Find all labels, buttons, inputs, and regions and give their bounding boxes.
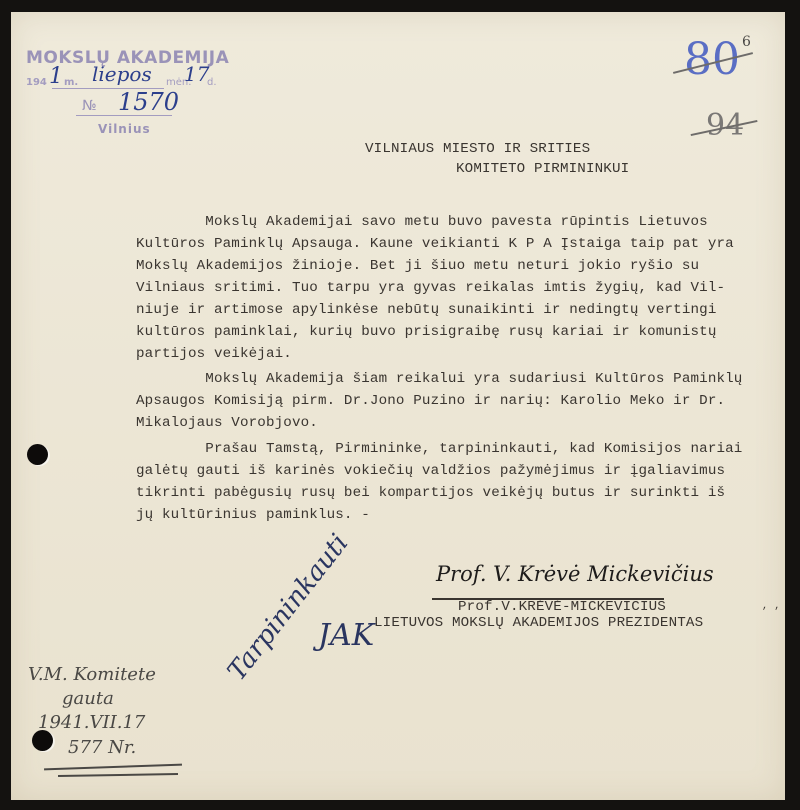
body-line: niuje ir artimose apylinkėse nebūtų suna…	[136, 302, 716, 318]
body-line: jų kultūrinius paminklus. -	[136, 507, 370, 523]
receipt-note-line-4: 577 Nr.	[68, 737, 136, 758]
body-line: Kultūros Paminklų Apsauga. Kaune veikian…	[136, 236, 734, 252]
addressee-line-1: VILNIAUS MIESTO IR SRITIES	[365, 141, 590, 157]
body-line: Mokslų Akademijai savo metu buvo pavesta…	[136, 214, 708, 230]
receipt-note-line-1: V.M. Komitete	[28, 664, 156, 685]
marginal-initials: JAK	[318, 618, 374, 653]
stamp-m-label: m.	[64, 77, 78, 88]
stamp-month-handwritten: liepos	[92, 62, 152, 86]
archive-mark-pencil: 94	[706, 108, 744, 143]
addressee-line-2: KOMITETO PIRMININKUI	[456, 161, 629, 177]
stamp-d-label: d.	[207, 77, 217, 88]
punch-hole-upper	[27, 444, 48, 465]
archive-mark-blue: 80	[684, 34, 740, 85]
punch-hole-lower	[32, 730, 53, 751]
signature-handwritten: Prof. V. Krėvė Mickevičius	[436, 562, 714, 586]
stamp-number-label: №	[82, 98, 97, 114]
body-line: partijos veikėjai.	[136, 346, 292, 362]
stamp-city: Vilnius	[98, 122, 151, 136]
stamp-day-handwritten: 17	[184, 62, 209, 86]
stamp-number-handwritten: 1570	[118, 88, 179, 116]
body-line: Mikalojaus Vorobjovo.	[136, 415, 318, 431]
stamp-year-prefix: 194	[26, 77, 47, 88]
body-line: Mokslų Akademijos žinioje. Bet ji šiuo m…	[136, 258, 699, 274]
body-line: galėtų gauti iš karinės vokiečių valdžio…	[136, 463, 725, 479]
body-line: Apsaugos Komisiją pirm. Dr.Jono Puzino i…	[136, 393, 725, 409]
body-line: kultūros paminklai, kurių buvo prisigrai…	[136, 324, 716, 340]
body-line: Mokslų Akademija šiam reikalui yra sudar…	[136, 371, 742, 387]
body-line: tikrinti pabėgusių rusų bei kompartijos …	[136, 485, 725, 501]
stamp-year-handwritten: 1	[49, 64, 63, 89]
signature-typed-name: Prof.V.KRĖVĖ-MICKEVIČIUS	[458, 599, 666, 615]
body-line: Prašau Tamstą, Pirmininke, tarpininkauti…	[136, 441, 742, 457]
receipt-note-line-2: gauta	[62, 688, 114, 709]
body-line: Vilniaus sritimi. Tuo tarpu yra gyvas re…	[136, 280, 725, 296]
stray-marks: , ,	[762, 601, 780, 612]
archive-mark-superscript: 6	[742, 34, 751, 50]
stamp-number-underline	[76, 115, 172, 116]
receipt-note-line-3: 1941.VII.17	[38, 712, 145, 733]
signature-typed-title: LIETUVOS MOKSLŲ AKADEMIJOS PREZIDENTAS	[374, 615, 703, 631]
